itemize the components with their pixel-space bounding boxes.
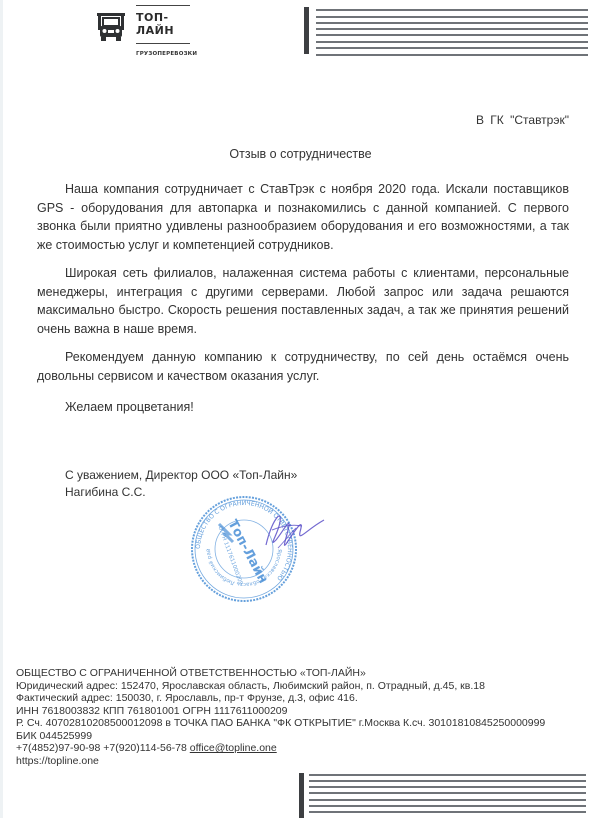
footer-company-name: ОБЩЕСТВО С ОГРАНИЧЕННОЙ ОТВЕТСТВЕННОСТЬЮ… — [16, 667, 545, 680]
truck-icon — [95, 10, 127, 42]
footer-email-link[interactable]: office@topline.one — [190, 742, 277, 754]
paragraph-4: Желаем процветания! — [37, 398, 569, 417]
footer-legal-address: Юридический адрес: 152470, Ярославская о… — [16, 680, 545, 693]
signature-line-title: С уважением, Директор ООО «Топ-Лайн» — [65, 467, 297, 484]
footer-website[interactable]: https://topline.one — [16, 755, 545, 768]
addressee: В ГК "Ставтрэк" — [476, 113, 569, 127]
footer-stripes-decoration — [299, 773, 586, 818]
letter-title: Отзыв о сотрудничестве — [3, 147, 595, 161]
logo-rule-top — [136, 5, 190, 6]
logo-line-2: ЛАЙН — [136, 24, 174, 37]
company-requisites: ОБЩЕСТВО С ОГРАНИЧЕННОЙ ОТВЕТСТВЕННОСТЬЮ… — [16, 667, 545, 767]
paragraph-1: Наша компания сотрудничает с СтавТрэк с … — [37, 180, 569, 254]
logo-rule-bottom — [136, 43, 190, 44]
footer-phones: +7(4852)97-90-98 +7(920)114-56-78 — [16, 742, 187, 754]
signature-scribble-icon — [258, 500, 328, 560]
paragraph-2: Широкая сеть филиалов, налаженная систем… — [37, 264, 569, 338]
footer-tax-ids: ИНН 7618003832 КПП 761801001 ОГРН 111761… — [16, 705, 545, 718]
footer-actual-address: Фактический адрес: 150030, г. Ярославль,… — [16, 692, 545, 705]
footer-bik: БИК 044525999 — [16, 730, 545, 743]
paragraph-3: Рекомендуем данную компанию к сотрудниче… — [37, 348, 569, 385]
letter-page: ТОП- ЛАЙН ГРУЗОПЕРЕВОЗКИ В ГК "Ставтрэк"… — [0, 0, 595, 818]
footer-contacts: +7(4852)97-90-98 +7(920)114-56-78 office… — [16, 742, 545, 755]
header-stripes-decoration — [304, 7, 588, 55]
logo-subtitle: ГРУЗОПЕРЕВОЗКИ — [136, 51, 197, 57]
footer-bank-account: Р. Сч. 40702810208500012098 в ТОЧКА ПАО … — [16, 717, 545, 730]
logo-wordmark: ТОП- ЛАЙН — [136, 11, 174, 37]
logo-line-1: ТОП- — [136, 11, 174, 24]
